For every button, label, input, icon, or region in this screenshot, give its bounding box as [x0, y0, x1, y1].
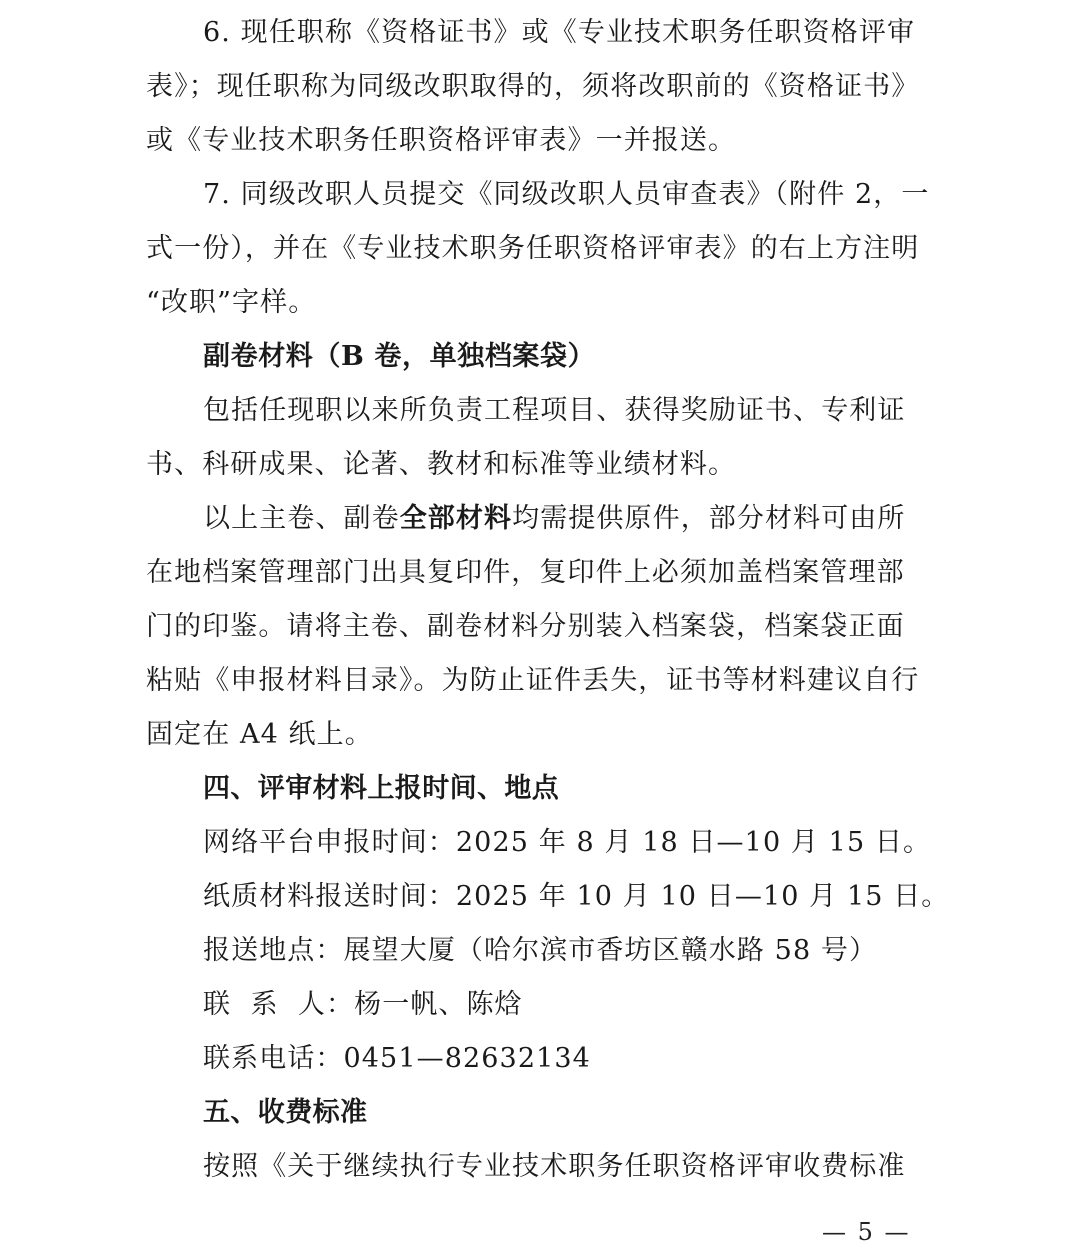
secondary-volume-line-2: 书、科研成果、论著、教材和标准等业绩材料。 — [146, 438, 940, 492]
originals-note-suffix: 均需提供原件，部分材料可由所 — [512, 503, 905, 534]
item-7-line-3: “改职”字样。 — [146, 276, 940, 330]
originals-note-line-3: 门的印鉴。请将主卷、副卷材料分别装入档案袋，档案袋正面 — [146, 600, 940, 654]
originals-note-line-2: 在地档案管理部门出具复印件，复印件上必须加盖档案管理部 — [146, 546, 940, 600]
contact-persons: 联 系 人：杨一帆、陈焓 — [146, 978, 940, 1032]
section-4-heading: 四、评审材料上报时间、地点 — [146, 762, 940, 816]
secondary-volume-line-1: 包括任现职以来所负责工程项目、获得奖励证书、专利证 — [146, 384, 940, 438]
item-6-line-2: 表》；现任职称为同级改职取得的，须将改职前的《资格证书》 — [146, 60, 940, 114]
originals-note-line-4: 粘贴《申报材料目录》。为防止证件丢失，证书等材料建议自行 — [146, 654, 940, 708]
paper-submission-time: 纸质材料报送时间：2025 年 10 月 10 日—10 月 15 日。 — [146, 870, 940, 924]
originals-note-line-1: 以上主卷、副卷全部材料均需提供原件，部分材料可由所 — [146, 492, 940, 546]
item-6-line-3: 或《专业技术职务任职资格评审表》一并报送。 — [146, 114, 940, 168]
all-materials-emphasis: 全部材料 — [400, 503, 512, 534]
online-submission-time: 网络平台申报时间：2025 年 8 月 18 日—10 月 15 日。 — [146, 816, 940, 870]
item-7-line-1: 7. 同级改职人员提交《同级改职人员审查表》（附件 2，一 — [146, 168, 940, 222]
document-page: 6. 现任职称《资格证书》或《专业技术职务任职资格评审 表》；现任职称为同级改职… — [146, 6, 940, 1194]
item-6-line-1: 6. 现任职称《资格证书》或《专业技术职务任职资格评审 — [146, 6, 940, 60]
originals-note-line-5: 固定在 A4 纸上。 — [146, 708, 940, 762]
originals-note-prefix: 以上主卷、副卷 — [203, 503, 400, 534]
section-5-heading: 五、收费标准 — [146, 1086, 940, 1140]
secondary-volume-heading: 副卷材料（B 卷，单独档案袋） — [146, 330, 940, 384]
contact-phone: 联系电话：0451—82632134 — [146, 1032, 940, 1086]
item-7-line-2: 式一份），并在《专业技术职务任职资格评审表》的右上方注明 — [146, 222, 940, 276]
section-5-line-1: 按照《关于继续执行专业技术职务任职资格评审收费标准 — [146, 1140, 940, 1194]
page-number: — 5 — — [822, 1214, 911, 1250]
submission-location: 报送地点：展望大厦（哈尔滨市香坊区赣水路 58 号） — [146, 924, 940, 978]
